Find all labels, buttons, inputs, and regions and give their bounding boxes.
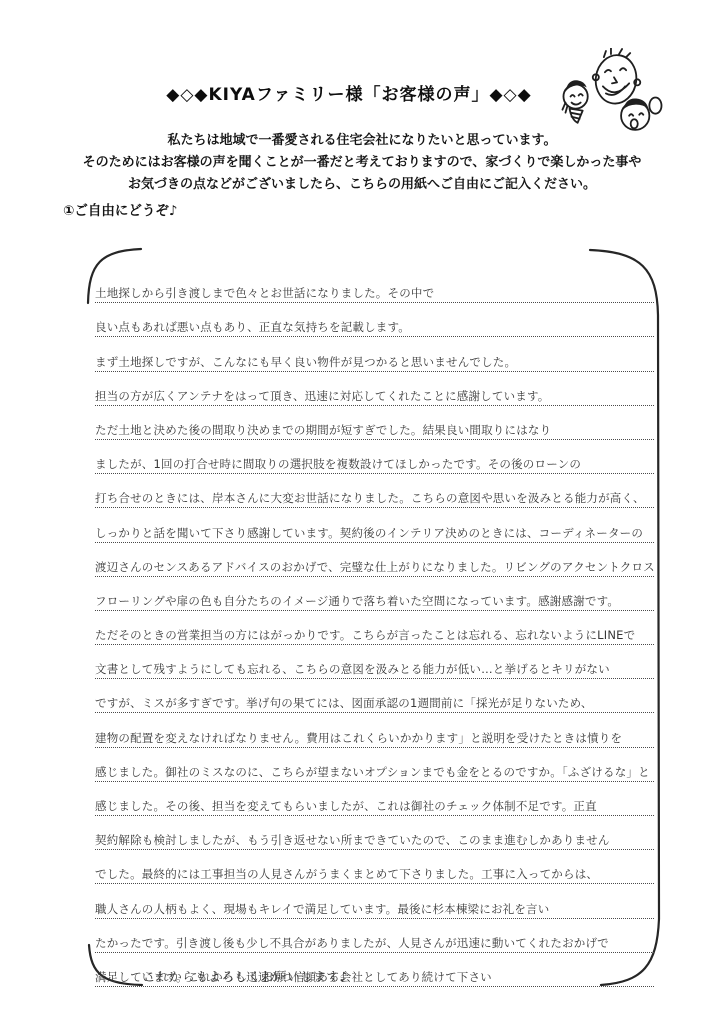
comment-box: 土地探しから引き渡しまで色々とお世話になりました。その中で良い点もあれば悪い点も…	[85, 243, 668, 995]
handwritten-line: ただ土地と決めた後の間取り決めまでの期間が短すぎでした。結果良い間取りにはなり	[95, 406, 654, 440]
handwritten-line: 建物の配置を変えなければなりません。費用はこれくらいかかります」と説明を受けたと…	[95, 713, 654, 747]
intro-line: そのためにはお客様の声を聞くことが一番だと考えておりますので、家づくりで楽しかっ…	[0, 152, 724, 174]
handwritten-line: ただそのときの営業担当の方にはがっかりです。こちらが言ったことは忘れる、忘れない…	[95, 611, 654, 645]
handwritten-line: 感じました。その後、担当を変えてもらいましたが、これは御社のチェック体制不足です…	[95, 782, 654, 816]
customer-voice-sheet: ◆◇◆KIYAファミリー様「お客様の声」◆◇◆ 私たちは地域で一番愛される住宅会…	[0, 0, 724, 1024]
handwritten-line: ましたが、1回の打合せ時に間取りの選択肢を複数設けてほしかったです。その後のロー…	[95, 440, 654, 474]
intro-text: 私たちは地域で一番愛される住宅会社になりたいと思っています。そのためにはお客様の…	[0, 130, 724, 196]
handwritten-line: 感じました。御社のミスなのに、こちらが望まないオプションまでも金をとるのですか。…	[95, 748, 654, 782]
handwritten-line: まず土地探しですが、こんなにも早く良い物件が見つかると思いませんでした。	[95, 337, 654, 371]
closing-wrap: これからもよろしくお願いします♪	[95, 951, 654, 985]
handwritten-line: 文書として残すようにしても忘れる、こちらの意図を汲みとる能力が低い…と挙げるとキ…	[95, 645, 654, 679]
free-comment-prompt: ①ご自由にどうぞ♪	[63, 199, 178, 219]
handwritten-line: でした。最終的には工事担当の人見さんがうまくまとめて下さりました。工事に入ってか…	[95, 850, 654, 884]
handwritten-line: 職人さんの人柄もよく、現場もキレイで満足しています。最後に杉本棟梁にお礼を言い	[95, 884, 654, 918]
handwritten-line: 土地探しから引き渡しまで色々とお世話になりました。その中で	[95, 269, 654, 303]
handwritten-line: 打ち合せのときには、岸本さんに大変お世話になりました。こちらの意図や思いを汲みと…	[95, 474, 654, 508]
handwritten-closing-line: これからもよろしくお願いします♪	[143, 951, 654, 985]
handwritten-line: 担当の方が広くアンテナをはって頂き、迅速に対応してくれたことに感謝しています。	[95, 372, 654, 406]
intro-line: お気づきの点などがございましたら、こちらの用紙へご自由にご記入ください。	[0, 174, 724, 196]
handwritten-line: 契約解除も検討しましたが、もう引き返せない所まできていたので、このまま進むしかあ…	[95, 816, 654, 850]
handwritten-line: たかったです。引き渡し後も少し不具合がありましたが、人見さんが迅速に動いてくれた…	[95, 919, 654, 953]
intro-line: 私たちは地域で一番愛される住宅会社になりたいと思っています。	[0, 130, 724, 152]
handwritten-line: しっかりと話を聞いて下さり感謝しています。契約後のインテリア決めのときには、コー…	[95, 508, 654, 542]
handwritten-line: ですが、ミスが多すぎです。挙げ句の果てには、図面承認の1週間前に「採光が足りない…	[95, 679, 654, 713]
handwriting-lines: 土地探しから引き渡しまで色々とお世話になりました。その中で良い点もあれば悪い点も…	[95, 269, 654, 987]
handwritten-line: フローリングや扉の色も自分たちのイメージ通りで落ち着いた空間になっています。感謝…	[95, 577, 654, 611]
handwritten-line: 良い点もあれば悪い点もあり、正直な気持ちを記載します。	[95, 303, 654, 337]
handwritten-line: 渡辺さんのセンスあるアドバイスのおかげで、完璧な仕上がりになりました。リビングの…	[95, 543, 654, 577]
